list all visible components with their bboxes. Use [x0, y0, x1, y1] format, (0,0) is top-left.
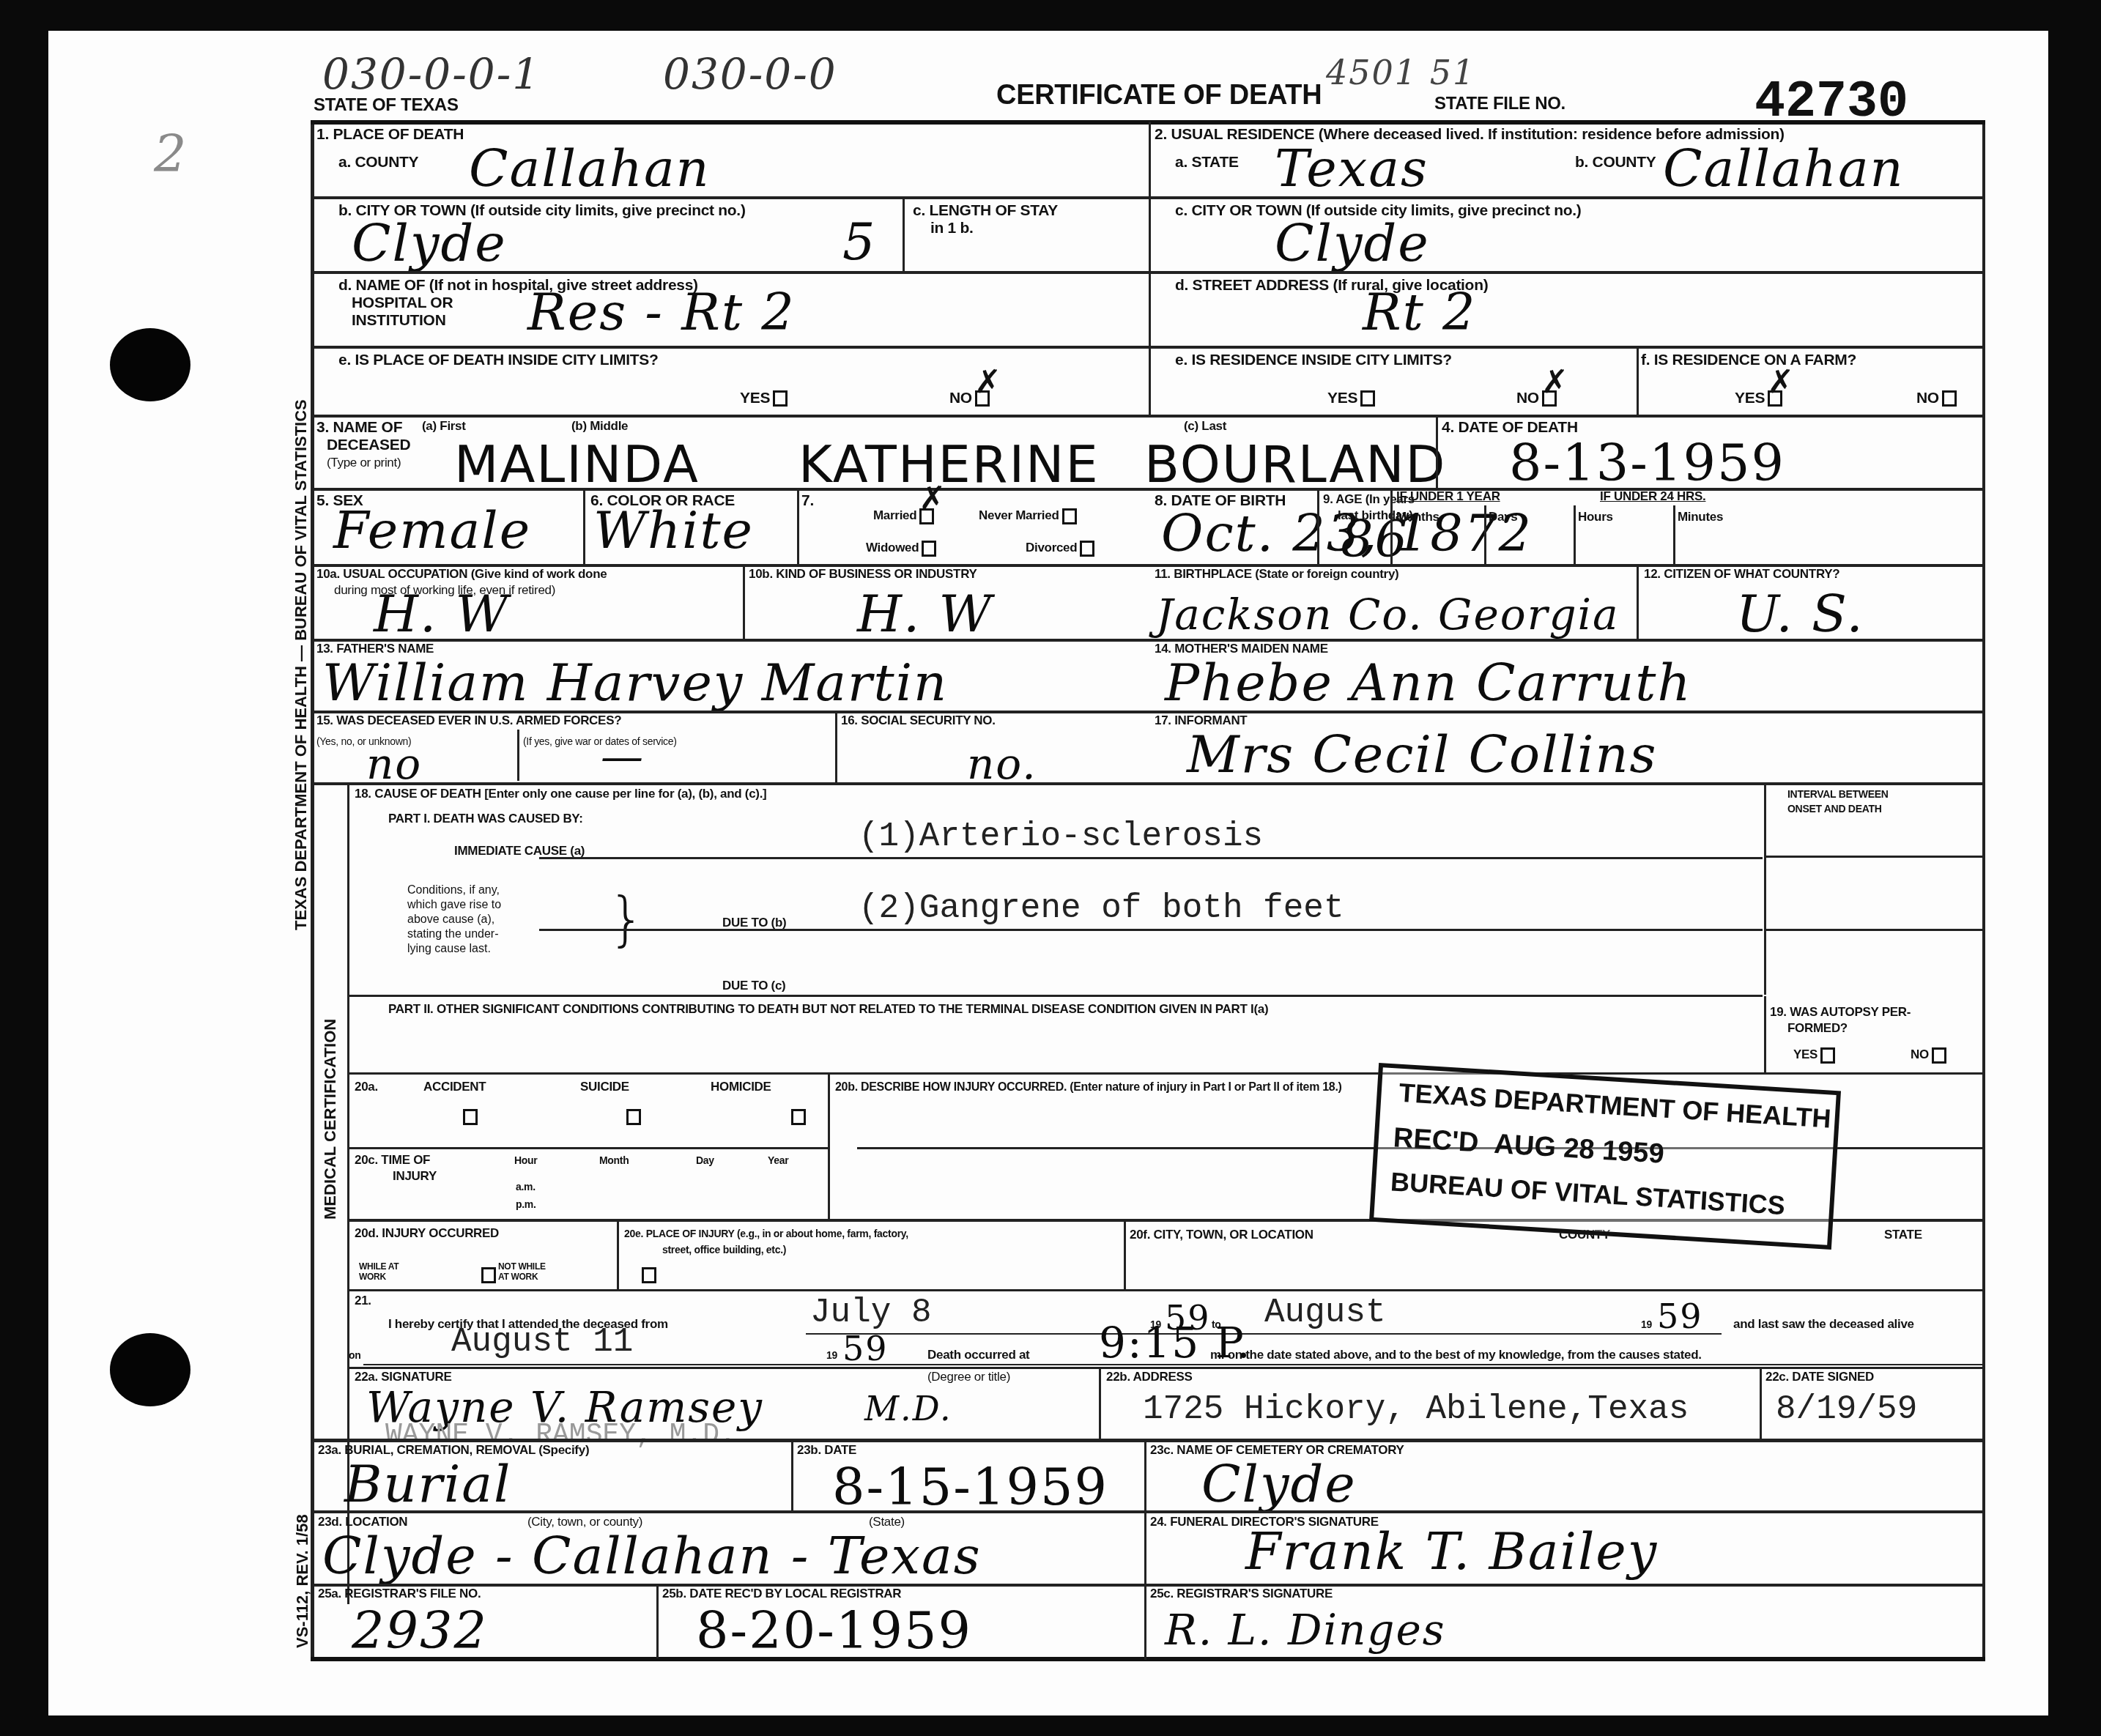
father-value: William Harvey Martin — [322, 653, 948, 712]
row-line — [1765, 929, 1982, 931]
accident-checkbox[interactable] — [463, 1109, 478, 1125]
marital-married[interactable]: Married — [873, 508, 934, 524]
death-city-value: Clyde — [352, 214, 507, 272]
cell-divider — [617, 1220, 619, 1289]
note-line: stating the under- — [407, 927, 501, 942]
cell-divider — [1760, 1368, 1762, 1439]
certification-number: 21. — [355, 1294, 371, 1308]
place-of-injury-label-2: street, office building, etc.) — [662, 1244, 786, 1256]
injury-city-label: 20f. CITY, TOWN, OR LOCATION — [1130, 1228, 1313, 1242]
cell-divider — [1673, 505, 1675, 564]
res-city-value: Clyde — [1275, 214, 1430, 272]
death-occurred-label: Death occurred at — [927, 1348, 1029, 1362]
marital-widowed[interactable]: Widowed — [866, 541, 936, 557]
precinct-value: 5 — [842, 212, 877, 271]
attended-from-value: July 8 — [810, 1294, 932, 1332]
race-value: White — [593, 501, 754, 560]
interval-label: INTERVAL BETWEEN — [1787, 788, 1889, 801]
conditions-note: Conditions, if any, which gave rise to a… — [407, 883, 501, 957]
hours-label: Hours — [1578, 510, 1613, 524]
cell-divider — [1764, 996, 1766, 1072]
row-line — [1150, 271, 1982, 274]
res-county-value: Callahan — [1663, 139, 1905, 198]
date-recd-label: 25b. DATE REC'D BY LOCAL REGISTRAR — [662, 1587, 901, 1601]
homicide-checkbox[interactable] — [791, 1109, 806, 1125]
name-label-2: DECEASED — [327, 437, 410, 454]
days-label: Days — [1489, 510, 1517, 524]
row-line — [539, 857, 1763, 859]
on-farm-no[interactable]: NO — [1916, 390, 1957, 407]
birthplace-label: 11. BIRTHPLACE (State or foreign country… — [1155, 567, 1398, 582]
row-line — [1765, 856, 1982, 858]
name-label-3: (Type or print) — [327, 456, 401, 470]
armed-forces-sub-2: (If yes, give war or dates of service) — [523, 735, 677, 748]
under-24-hrs-label: IF UNDER 24 HRS. — [1600, 489, 1705, 504]
cell-divider — [1144, 1440, 1146, 1660]
last-name-label: (c) Last — [1184, 419, 1226, 434]
cell-divider — [1317, 489, 1319, 564]
cell-divider — [1764, 784, 1766, 995]
institution-label-2: HOSPITAL OR — [352, 294, 453, 312]
cell-divider — [791, 1440, 793, 1512]
autopsy-yes[interactable]: YES — [1793, 1047, 1835, 1064]
date-signed-value: 8/19/59 — [1776, 1390, 1917, 1428]
certification-text-3: m. on the date stated above, and to the … — [1210, 1348, 1702, 1362]
homicide-label: HOMICIDE — [711, 1080, 771, 1094]
cell-divider — [1574, 505, 1576, 564]
cell-divider — [583, 489, 585, 564]
year-label: Year — [768, 1154, 788, 1167]
row-line — [349, 1289, 1982, 1291]
inside-city-no[interactable]: NO — [949, 390, 990, 407]
ssn-label: 16. SOCIAL SECURITY NO. — [841, 713, 996, 728]
handwritten-code-3: 4501 51 — [1326, 53, 1475, 92]
degree-value: M.D. — [864, 1389, 952, 1428]
months-label: Months — [1396, 510, 1439, 524]
stamp-line-1: TEXAS DEPARTMENT OF HEALTH — [1398, 1077, 1831, 1135]
frame-left — [311, 122, 314, 1660]
on-farm-label: f. IS RESIDENCE ON A FARM? — [1641, 352, 1856, 369]
due-to-b-label: DUE TO (b) — [722, 916, 786, 930]
divider — [1149, 122, 1151, 415]
first-name-label: (a) First — [422, 419, 466, 434]
birthplace-value: Jackson Co. Georgia — [1156, 590, 1620, 639]
side-label-department: TEXAS DEPARTMENT OF HEALTH — BUREAU OF V… — [292, 399, 311, 930]
res-state-value: Texas — [1275, 139, 1429, 198]
autopsy-label-2: FORMED? — [1787, 1021, 1848, 1036]
cell-divider — [1484, 505, 1486, 564]
not-while-at-work-checkbox[interactable] — [642, 1267, 656, 1283]
cell-divider — [903, 198, 905, 274]
row-line — [312, 1584, 1982, 1587]
minutes-label: Minutes — [1678, 510, 1723, 524]
res-state-label: a. STATE — [1175, 154, 1239, 171]
cell-divider — [1637, 347, 1639, 416]
row-line — [349, 995, 1763, 997]
fill-line — [806, 1333, 1722, 1335]
am-label: a.m. — [516, 1181, 536, 1193]
cell-divider — [797, 489, 799, 564]
handwritten-code-1: 030-0-0-1 — [322, 50, 541, 98]
name-label: 3. NAME OF — [316, 419, 402, 437]
while-at-work[interactable]: WHILE ATWORK — [359, 1261, 399, 1282]
marital-never-married[interactable]: Never Married — [979, 508, 1077, 524]
marital-divorced[interactable]: Divorced — [1026, 541, 1094, 557]
armed-forces-value: no — [366, 740, 422, 788]
row-line — [314, 639, 1982, 642]
date-of-death-value: 8-13-1959 — [1509, 434, 1785, 492]
time-of-injury-label: 20c. TIME OF — [355, 1153, 430, 1168]
middle-name-value: KATHERINE — [798, 435, 1100, 494]
row-line — [312, 1439, 1982, 1442]
pm-label: p.m. — [516, 1198, 536, 1211]
note-line: Conditions, if any, — [407, 883, 501, 898]
frame-bottom — [311, 1657, 1985, 1661]
burial-value: Burial — [344, 1455, 512, 1513]
attended-to-value: August — [1264, 1294, 1386, 1332]
punch-hole — [110, 328, 190, 401]
day-label: Day — [696, 1154, 714, 1167]
injury-occurred-label: 20d. INJURY OCCURRED — [355, 1226, 499, 1241]
res-street-value: Rt 2 — [1363, 283, 1477, 341]
length-of-stay-label: c. LENGTH OF STAY — [913, 202, 1058, 220]
attended-to-year: 59 — [1657, 1297, 1703, 1336]
location-value: Clyde - Callahan - Texas — [322, 1527, 982, 1585]
row-line — [349, 1367, 1982, 1369]
autopsy-no[interactable]: NO — [1911, 1047, 1946, 1064]
side-label-medical: MEDICAL CERTIFICATION — [321, 1019, 340, 1220]
burial-date-value: 8-15-1959 — [832, 1458, 1108, 1516]
row-line — [314, 782, 1982, 785]
mother-value: Phebe Ann Carruth — [1165, 653, 1692, 712]
not-while-at-work[interactable]: NOT WHILEAT WORK — [498, 1261, 546, 1282]
due-to-c-label: DUE TO (c) — [722, 979, 785, 993]
address-value: 1725 Hickory, Abilene,Texas — [1143, 1390, 1689, 1428]
month-label: Month — [599, 1154, 629, 1167]
page-title: CERTIFICATE OF DEATH — [996, 79, 1322, 111]
part1-label: PART I. DEATH WAS CAUSED BY: — [388, 812, 583, 826]
interval-label-2: ONSET AND DEATH — [1787, 803, 1882, 815]
last-seen-year: 59 — [842, 1329, 889, 1368]
registrar-signature-label: 25c. REGISTRAR'S SIGNATURE — [1150, 1587, 1333, 1601]
degree-label: (Degree or title) — [927, 1370, 1010, 1384]
row-line — [349, 1147, 828, 1149]
last-name-value: BOURLAND — [1144, 435, 1447, 494]
institution-label-3: INSTITUTION — [352, 312, 446, 330]
suicide-label: SUICIDE — [580, 1080, 629, 1094]
cell-divider — [517, 730, 519, 781]
cell-divider — [1124, 1220, 1126, 1289]
immediate-cause-value: (1)Arterio-sclerosis — [859, 817, 1263, 856]
under-1-year-label: IF UNDER 1 YEAR — [1396, 489, 1500, 504]
part2-label: PART II. OTHER SIGNIFICANT CONDITIONS CO… — [388, 1002, 1268, 1017]
armed-forces-label: 15. WAS DECEASED EVER IN U.S. ARMED FORC… — [316, 713, 621, 728]
middle-name-label: (b) Middle — [571, 419, 628, 434]
business-label: 10b. KIND OF BUSINESS OR INDUSTRY — [749, 567, 977, 582]
hour-label: Hour — [514, 1154, 537, 1167]
cell-divider — [1436, 416, 1438, 488]
registrar-signature: R. L. Dinges — [1165, 1606, 1446, 1654]
row-line — [1150, 346, 1982, 349]
armed-forces-dates-value: — — [601, 732, 645, 781]
inside-city-limits-label: e. IS PLACE OF DEATH INSIDE CITY LIMITS? — [338, 352, 658, 369]
row-line — [314, 415, 1982, 418]
time-of-injury-label-2: INJURY — [393, 1169, 437, 1184]
note-line: which gave rise to — [407, 898, 501, 913]
due-to-b-value: (2)Gangrene of both feet — [859, 889, 1344, 927]
sex-value: Female — [333, 501, 531, 560]
last-seen-value: August 11 — [451, 1323, 633, 1361]
res-county-label: b. COUNTY — [1575, 154, 1656, 171]
row-line — [314, 488, 1982, 491]
note-line: lying cause last. — [407, 942, 501, 957]
frame-top — [311, 120, 1985, 125]
state-file-no-label: STATE FILE NO. — [1434, 95, 1565, 113]
received-stamp: TEXAS DEPARTMENT OF HEALTH REC'D AUG 28 … — [1369, 1063, 1841, 1250]
cell-divider — [835, 712, 837, 782]
funeral-director-signature: Frank T. Bailey — [1245, 1522, 1658, 1581]
while-at-work-checkbox[interactable] — [481, 1267, 496, 1283]
row-line — [314, 346, 1149, 349]
stamp-line-3: BUREAU OF VITAL STATISTICS — [1390, 1166, 1786, 1221]
cell-divider — [1390, 489, 1393, 564]
autopsy-label: 19. WAS AUTOPSY PER- — [1770, 1005, 1911, 1020]
occupation-label: 10a. USUAL OCCUPATION (Give kind of work… — [316, 567, 607, 582]
place-of-death-label: 1. PLACE OF DEATH — [316, 126, 464, 144]
registrar-file-label: 25a. REGISTRAR'S FILE NO. — [318, 1587, 481, 1601]
frame-right — [1982, 122, 1985, 1660]
marital-label: 7. — [801, 492, 814, 510]
row-line — [314, 196, 1149, 199]
informant-value: Mrs Cecil Collins — [1187, 725, 1657, 784]
cemetery-value: Clyde — [1201, 1455, 1357, 1513]
occupation-value: H. W — [374, 585, 510, 643]
punch-hole — [110, 1333, 190, 1406]
row-line — [349, 1072, 1982, 1075]
registrar-file-value: 2932 — [352, 1601, 488, 1660]
accident-label: ACCIDENT — [423, 1080, 486, 1094]
county-label: a. COUNTY — [338, 154, 418, 171]
row-line — [539, 929, 1763, 931]
res-inside-city-label: e. IS RESIDENCE INSIDE CITY LIMITS? — [1175, 352, 1452, 369]
year-prefix: 19 — [1641, 1318, 1652, 1331]
certification-text-2: and last saw the deceased alive — [1733, 1317, 1914, 1332]
fill-line — [363, 1364, 1982, 1365]
form-state: STATE OF TEXAS — [314, 97, 459, 114]
citizen-label: 12. CITIZEN OF WHAT COUNTRY? — [1644, 567, 1839, 582]
cell-divider — [656, 1585, 659, 1658]
cell-divider — [1099, 1368, 1101, 1439]
handwritten-code-2: 030-0-0 — [663, 50, 837, 98]
place-of-injury-label: 20e. PLACE OF INJURY (e.g., in or about … — [624, 1228, 908, 1240]
cell-divider — [743, 565, 745, 639]
cell-divider — [828, 1074, 830, 1220]
address-label: 22b. ADDRESS — [1106, 1370, 1193, 1384]
death-county-value: Callahan — [469, 139, 711, 198]
stamp-line-2: REC'D AUG 28 1959 — [1393, 1122, 1665, 1171]
institution-value: Res - Rt 2 — [527, 283, 796, 341]
length-of-stay-sub: in 1 b. — [930, 220, 974, 237]
inside-city-yes[interactable]: YES — [740, 390, 788, 407]
cause-of-death-label: 18. CAUSE OF DEATH [Enter only one cause… — [355, 787, 766, 801]
cell-divider — [1637, 565, 1639, 639]
form-revision: VS-112, REV. 1/58 — [293, 1514, 312, 1648]
immediate-cause-label: IMMEDIATE CAUSE (a) — [454, 844, 585, 858]
business-value: H. W — [857, 585, 993, 643]
date-recd-value: 8-20-1959 — [696, 1601, 972, 1660]
citizen-value: U. S. — [1736, 585, 1864, 643]
row-line — [314, 271, 1149, 274]
burial-date-label: 23b. DATE — [797, 1443, 856, 1458]
suicide-checkbox[interactable] — [626, 1109, 641, 1125]
year-prefix: 19 — [826, 1349, 837, 1362]
row-line — [1150, 196, 1982, 199]
ssn-value: no. — [967, 740, 1037, 788]
describe-injury-label: 20b. DESCRIBE HOW INJURY OCCURRED. (Ente… — [835, 1081, 1342, 1094]
margin-pencil-mark: 2 — [154, 125, 188, 183]
res-inside-city-yes[interactable]: YES — [1327, 390, 1375, 407]
on-label: on — [349, 1349, 361, 1362]
on-farm-yes[interactable]: YES — [1735, 390, 1782, 407]
first-name-value: MALINDA — [454, 435, 700, 494]
brace: } — [608, 886, 645, 952]
res-inside-city-no[interactable]: NO — [1516, 390, 1557, 407]
row-line — [312, 1510, 1982, 1513]
injury-type-label: 20a. — [355, 1080, 378, 1094]
note-line: above cause (a), — [407, 913, 501, 927]
injury-state-label: STATE — [1884, 1228, 1922, 1242]
date-signed-label: 22c. DATE SIGNED — [1765, 1370, 1874, 1384]
